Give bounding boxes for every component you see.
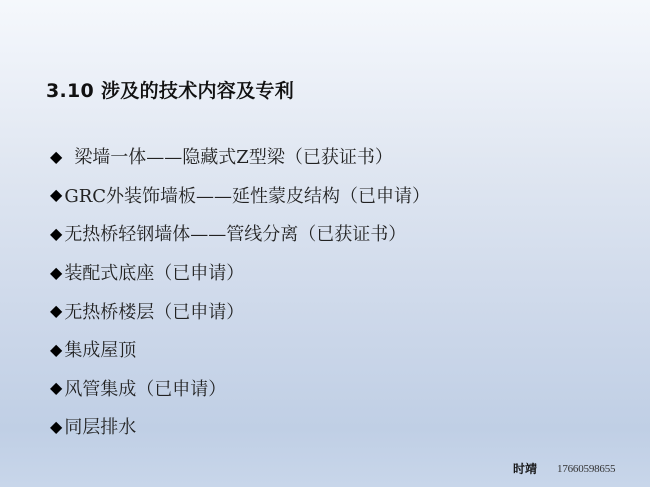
black-diamond-icon: ◆: [50, 263, 62, 282]
list-item: ◆ GRC外装饰墙板——延性蒙皮结构（已申请）: [50, 176, 430, 215]
list-item: ◆ 无热桥轻钢墙体——管线分离（已获证书）: [50, 214, 430, 253]
list-item-label: 装配式底座（已申请）: [64, 259, 244, 285]
list-item: ◆ 风管集成（已申请）: [50, 369, 430, 408]
black-diamond-icon: ◆: [50, 185, 62, 204]
black-diamond-icon: ◆: [50, 417, 62, 436]
list-item-label: GRC外装饰墙板——延性蒙皮结构（已申请）: [64, 182, 430, 208]
black-diamond-icon: ◆: [50, 147, 62, 166]
black-diamond-icon: ◆: [50, 340, 62, 359]
list-item: ◆ 梁墙一体——隐藏式Z型梁（已获证书）: [50, 137, 430, 176]
list-item: ◆ 无热桥楼层（已申请）: [50, 291, 430, 330]
list-item-label: 集成屋顶: [64, 336, 136, 362]
slide-title: 3.10 涉及的技术内容及专利: [46, 76, 294, 103]
black-diamond-icon: ◆: [50, 378, 62, 397]
contact-phone: 17660598655: [557, 463, 615, 475]
list-item-label: 同层排水: [64, 413, 136, 439]
list-item: ◆ 同层排水: [50, 407, 430, 446]
black-diamond-icon: ◆: [50, 224, 62, 243]
list-item-label: 梁墙一体——隐藏式Z型梁（已获证书）: [74, 143, 393, 169]
contact-name: 时靖: [513, 460, 537, 477]
list-item: ◆ 集成屋顶: [50, 330, 430, 369]
list-item-label: 无热桥轻钢墙体——管线分离（已获证书）: [64, 220, 406, 246]
patent-list: ◆ 梁墙一体——隐藏式Z型梁（已获证书） ◆ GRC外装饰墙板——延性蒙皮结构（…: [50, 137, 430, 446]
list-item-label: 无热桥楼层（已申请）: [64, 298, 244, 324]
black-diamond-icon: ◆: [50, 301, 62, 320]
list-item: ◆ 装配式底座（已申请）: [50, 253, 430, 292]
footer-contact: 时靖 17660598655: [513, 460, 615, 477]
list-item-label: 风管集成（已申请）: [64, 375, 226, 401]
